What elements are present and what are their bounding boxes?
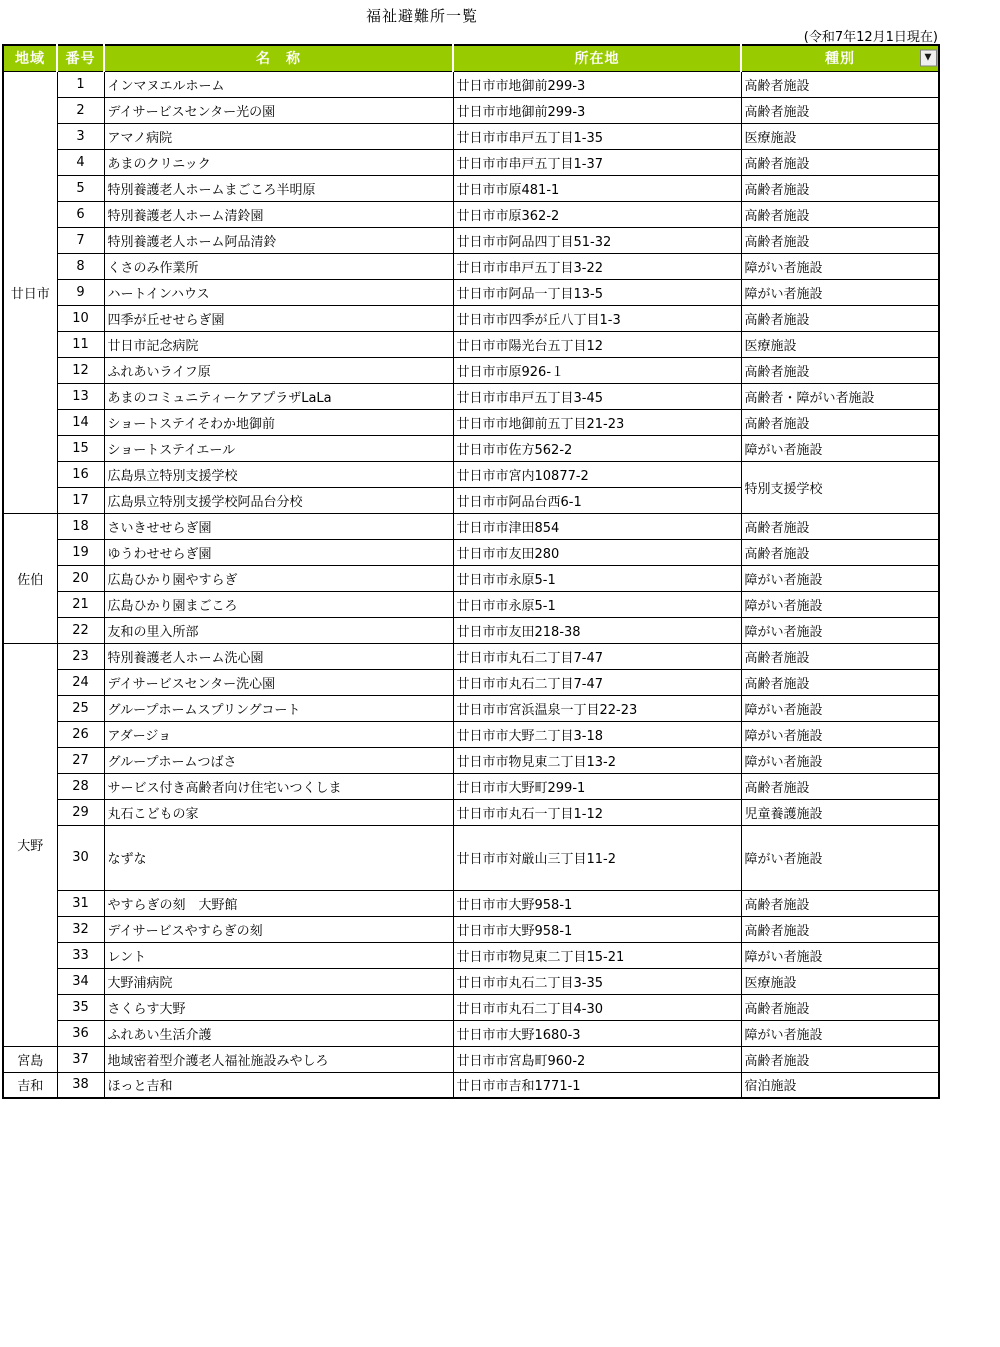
type-cell[interactable]: 高齢者施設	[741, 1046, 939, 1072]
number-cell[interactable]: 25	[57, 695, 104, 721]
type-cell[interactable]: 医療施設	[741, 968, 939, 994]
table-row: 大野23特別養護老人ホーム洗心園廿日市市丸石二丁目7-47高齢者施設	[3, 643, 939, 669]
address-cell[interactable]: 廿日市市丸石二丁目4-30	[453, 994, 741, 1020]
address-cell[interactable]: 廿日市市原481-1	[453, 175, 741, 201]
number-cell[interactable]: 23	[57, 643, 104, 669]
type-cell[interactable]: 障がい者施設	[741, 253, 939, 279]
number-cell[interactable]: 4	[57, 149, 104, 175]
table-row: 10四季が丘せせらぎ園廿日市市四季が丘八丁目1-3高齢者施設	[3, 305, 939, 331]
address-cell[interactable]: 廿日市市物見東二丁目15-21	[453, 942, 741, 968]
number-cell[interactable]: 38	[57, 1072, 104, 1098]
table-row: 35さくらす大野廿日市市丸石二丁目4-30高齢者施設	[3, 994, 939, 1020]
name-cell[interactable]: 特別養護老人ホーム阿品清鈴	[104, 227, 453, 253]
table-row: 29丸石こどもの家廿日市市丸石一丁目1-12児童養護施設	[3, 799, 939, 825]
table-row: 33レント廿日市市物見東二丁目15-21障がい者施設	[3, 942, 939, 968]
number-cell[interactable]: 13	[57, 383, 104, 409]
type-cell[interactable]: 障がい者施設	[741, 695, 939, 721]
type-cell[interactable]: 医療施設	[741, 331, 939, 357]
number-cell[interactable]: 11	[57, 331, 104, 357]
table-row: 22友和の里入所部廿日市市友田218-38障がい者施設	[3, 617, 939, 643]
name-cell[interactable]: アダージョ	[104, 721, 453, 747]
name-cell[interactable]: 特別養護老人ホーム清鈴園	[104, 201, 453, 227]
name-cell[interactable]: 丸石こどもの家	[104, 799, 453, 825]
address-cell[interactable]: 廿日市市丸石二丁目7-47	[453, 643, 741, 669]
number-cell[interactable]: 22	[57, 617, 104, 643]
type-cell[interactable]: 高齢者施設	[741, 994, 939, 1020]
name-cell[interactable]: あまのクリニック	[104, 149, 453, 175]
table-row: 21広島ひかり園まごころ廿日市市永原5-1障がい者施設	[3, 591, 939, 617]
number-cell[interactable]: 12	[57, 357, 104, 383]
region-cell[interactable]: 大野	[3, 643, 57, 1046]
type-cell-merged[interactable]: 特別支援学校	[741, 461, 939, 513]
type-cell[interactable]: 障がい者施設	[741, 721, 939, 747]
col-header-name-label: 名 称	[256, 51, 301, 67]
number-cell[interactable]: 9	[57, 279, 104, 305]
type-cell[interactable]: 障がい者施設	[741, 591, 939, 617]
address-cell[interactable]: 廿日市市阿品一丁目13-5	[453, 279, 741, 305]
name-cell[interactable]: やすらぎの刻 大野館	[104, 890, 453, 916]
address-cell[interactable]: 廿日市市阿品台西6-1	[453, 487, 741, 513]
name-cell[interactable]: なずな	[104, 825, 453, 890]
address-cell[interactable]: 廿日市市原926-１	[453, 357, 741, 383]
address-cell[interactable]: 廿日市市宮浜温泉一丁目22-23	[453, 695, 741, 721]
number-cell[interactable]: 31	[57, 890, 104, 916]
number-cell[interactable]: 17	[57, 487, 104, 513]
address-cell[interactable]: 廿日市市対厳山三丁目11-2	[453, 825, 741, 890]
type-cell[interactable]: 宿泊施設	[741, 1072, 939, 1098]
col-header-type-label: 種別	[825, 51, 855, 67]
address-cell[interactable]: 廿日市市友田218-38	[453, 617, 741, 643]
number-cell[interactable]: 36	[57, 1020, 104, 1046]
address-cell[interactable]: 廿日市市阿品四丁目51-32	[453, 227, 741, 253]
number-cell[interactable]: 27	[57, 747, 104, 773]
address-cell[interactable]: 廿日市市地御前299-3	[453, 71, 741, 97]
table-row: 26アダージョ廿日市市大野二丁目3-18障がい者施設	[3, 721, 939, 747]
table-row: 佐伯18さいきせせらぎ園廿日市市津田854高齢者施設	[3, 513, 939, 539]
number-cell[interactable]: 19	[57, 539, 104, 565]
type-cell[interactable]: 障がい者施設	[741, 279, 939, 305]
region-cell[interactable]: 宮島	[3, 1046, 57, 1072]
number-cell[interactable]: 35	[57, 994, 104, 1020]
name-cell[interactable]: 広島県立特別支援学校	[104, 461, 453, 487]
page-title: 福祉避難所一覧	[2, 5, 842, 26]
type-cell[interactable]: 高齢者施設	[741, 201, 939, 227]
type-cell[interactable]: 高齢者施設	[741, 916, 939, 942]
table-row: 2デイサービスセンター光の園廿日市市地御前299-3高齢者施設	[3, 97, 939, 123]
col-header-region[interactable]: 地域	[3, 45, 57, 71]
name-cell[interactable]: 四季が丘せせらぎ園	[104, 305, 453, 331]
address-cell[interactable]: 廿日市市地御前五丁目21-23	[453, 409, 741, 435]
name-cell[interactable]: 地域密着型介護老人福祉施設みやしろ	[104, 1046, 453, 1072]
table-row: 20広島ひかり園やすらぎ廿日市市永原5-1障がい者施設	[3, 565, 939, 591]
name-cell[interactable]: グループホームスプリングコート	[104, 695, 453, 721]
table-row: 3アマノ病院廿日市市串戸五丁目1-35医療施設	[3, 123, 939, 149]
number-cell[interactable]: 1	[57, 71, 104, 97]
name-cell[interactable]: デイサービスセンター光の園	[104, 97, 453, 123]
table-row: 31やすらぎの刻 大野館廿日市市大野958-1高齢者施設	[3, 890, 939, 916]
type-cell[interactable]: 高齢者施設	[741, 71, 939, 97]
address-cell[interactable]: 廿日市市友田280	[453, 539, 741, 565]
table-row: 27グループホームつばさ廿日市市物見東二丁目13-2障がい者施設	[3, 747, 939, 773]
address-cell[interactable]: 廿日市市地御前299-3	[453, 97, 741, 123]
address-cell[interactable]: 廿日市市物見東二丁目13-2	[453, 747, 741, 773]
type-cell[interactable]: 高齢者施設	[741, 357, 939, 383]
number-cell[interactable]: 14	[57, 409, 104, 435]
name-cell[interactable]: 広島県立特別支援学校阿品台分校	[104, 487, 453, 513]
table-row: 19ゆうわせせらぎ園廿日市市友田280高齢者施設	[3, 539, 939, 565]
table-row: 吉和38ほっと吉和廿日市市吉和1771-1宿泊施設	[3, 1072, 939, 1098]
name-cell[interactable]: さくらす大野	[104, 994, 453, 1020]
number-cell[interactable]: 2	[57, 97, 104, 123]
region-cell[interactable]: 佐伯	[3, 513, 57, 643]
table-row: 宮島37地域密着型介護老人福祉施設みやしろ廿日市市宮島町960-2高齢者施設	[3, 1046, 939, 1072]
type-cell[interactable]: 障がい者施設	[741, 1020, 939, 1046]
name-cell[interactable]: くさのみ作業所	[104, 253, 453, 279]
table-row: 15ショートステイエール廿日市市佐方562-2障がい者施設	[3, 435, 939, 461]
number-cell[interactable]: 21	[57, 591, 104, 617]
number-cell[interactable]: 5	[57, 175, 104, 201]
type-cell[interactable]: 障がい者施設	[741, 617, 939, 643]
col-header-address-label: 所在地	[575, 51, 620, 67]
number-cell[interactable]: 28	[57, 773, 104, 799]
name-cell[interactable]: さいきせせらぎ園	[104, 513, 453, 539]
table-body: 廿日市1インマヌエルホーム廿日市市地御前299-3高齢者施設2デイサービスセンタ…	[3, 71, 939, 1098]
address-cell[interactable]: 廿日市市丸石二丁目3-35	[453, 968, 741, 994]
table-row: 16広島県立特別支援学校廿日市市宮内10877-2特別支援学校	[3, 461, 939, 487]
number-cell[interactable]: 30	[57, 825, 104, 890]
table-row: 25グループホームスプリングコート廿日市市宮浜温泉一丁目22-23障がい者施設	[3, 695, 939, 721]
type-cell[interactable]: 高齢者施設	[741, 227, 939, 253]
address-cell[interactable]: 廿日市市串戸五丁目3-22	[453, 253, 741, 279]
type-cell[interactable]: 高齢者施設	[741, 149, 939, 175]
region-cell[interactable]: 廿日市	[3, 71, 57, 513]
name-cell[interactable]: あまのコミュニティーケアプラザLaLa	[104, 383, 453, 409]
number-cell[interactable]: 20	[57, 565, 104, 591]
address-cell[interactable]: 廿日市市大野958-1	[453, 890, 741, 916]
table-row: 8くさのみ作業所廿日市市串戸五丁目3-22障がい者施設	[3, 253, 939, 279]
name-cell[interactable]: サービス付き高齢者向け住宅いつくしま	[104, 773, 453, 799]
col-header-address[interactable]: 所在地	[453, 45, 741, 71]
table-row: 14ショートステイそわか地御前廿日市市地御前五丁目21-23高齢者施設	[3, 409, 939, 435]
number-cell[interactable]: 6	[57, 201, 104, 227]
table-row: 36ふれあい生活介護廿日市市大野1680-3障がい者施設	[3, 1020, 939, 1046]
type-cell[interactable]: 障がい者施設	[741, 825, 939, 890]
header-row: 地域 番号 名 称 所在地 種別 ▼	[3, 45, 939, 71]
col-header-number[interactable]: 番号	[57, 45, 104, 71]
number-cell[interactable]: 26	[57, 721, 104, 747]
number-cell[interactable]: 33	[57, 942, 104, 968]
number-cell[interactable]: 10	[57, 305, 104, 331]
table-row: 7特別養護老人ホーム阿品清鈴廿日市市阿品四丁目51-32高齢者施設	[3, 227, 939, 253]
table-row: 11廿日市記念病院廿日市市陽光台五丁目12医療施設	[3, 331, 939, 357]
type-cell[interactable]: 障がい者施設	[741, 747, 939, 773]
type-cell[interactable]: 高齢者施設	[741, 669, 939, 695]
name-cell[interactable]: ふれあいライフ原	[104, 357, 453, 383]
name-cell[interactable]: レント	[104, 942, 453, 968]
type-cell[interactable]: 高齢者施設	[741, 539, 939, 565]
col-header-region-label: 地域	[15, 51, 45, 67]
date-note: (令和7年12月1日現在)	[2, 26, 938, 43]
name-cell[interactable]: ハートインハウス	[104, 279, 453, 305]
col-header-name[interactable]: 名 称	[104, 45, 453, 71]
name-cell[interactable]: インマヌエルホーム	[104, 71, 453, 97]
col-header-number-label: 番号	[66, 51, 96, 67]
type-cell[interactable]: 高齢者施設	[741, 97, 939, 123]
name-cell[interactable]: アマノ病院	[104, 123, 453, 149]
number-cell[interactable]: 24	[57, 669, 104, 695]
type-cell[interactable]: 高齢者施設	[741, 643, 939, 669]
number-cell[interactable]: 32	[57, 916, 104, 942]
table-row: 9ハートインハウス廿日市市阿品一丁目13-5障がい者施設	[3, 279, 939, 305]
type-cell[interactable]: 高齢者施設	[741, 890, 939, 916]
name-cell[interactable]: ショートステイそわか地御前	[104, 409, 453, 435]
name-cell[interactable]: 廿日市記念病院	[104, 331, 453, 357]
number-cell[interactable]: 16	[57, 461, 104, 487]
table-row: 34大野浦病院廿日市市丸石二丁目3-35医療施設	[3, 968, 939, 994]
filter-dropdown-button[interactable]: ▼	[920, 50, 937, 67]
type-cell[interactable]: 高齢者施設	[741, 305, 939, 331]
spreadsheet-page: 福祉避難所一覧 (令和7年12月1日現在) 地域 番号 名 称 所在地	[0, 0, 1000, 1099]
address-cell[interactable]: 廿日市市四季が丘八丁目1-3	[453, 305, 741, 331]
shelter-table: 地域 番号 名 称 所在地 種別 ▼ 廿日市1インマヌエルホーム廿日市市地御前2…	[2, 44, 940, 1099]
table-row: 4あまのクリニック廿日市市串戸五丁目1-37高齢者施設	[3, 149, 939, 175]
address-cell[interactable]: 廿日市市大野1680-3	[453, 1020, 741, 1046]
name-cell[interactable]: 特別養護老人ホーム洗心園	[104, 643, 453, 669]
table-row: 6特別養護老人ホーム清鈴園廿日市市原362-2高齢者施設	[3, 201, 939, 227]
type-cell[interactable]: 医療施設	[741, 123, 939, 149]
address-cell[interactable]: 廿日市市大野958-1	[453, 916, 741, 942]
address-cell[interactable]: 廿日市市大野町299-1	[453, 773, 741, 799]
type-cell[interactable]: 児童養護施設	[741, 799, 939, 825]
name-cell[interactable]: 友和の里入所部	[104, 617, 453, 643]
name-cell[interactable]: 広島ひかり園やすらぎ	[104, 565, 453, 591]
address-cell[interactable]: 廿日市市佐方562-2	[453, 435, 741, 461]
number-cell[interactable]: 15	[57, 435, 104, 461]
address-cell[interactable]: 廿日市市永原5-1	[453, 565, 741, 591]
address-cell[interactable]: 廿日市市宮島町960-2	[453, 1046, 741, 1072]
name-cell[interactable]: 広島ひかり園まごころ	[104, 591, 453, 617]
address-cell[interactable]: 廿日市市宮内10877-2	[453, 461, 741, 487]
address-cell[interactable]: 廿日市市串戸五丁目3-45	[453, 383, 741, 409]
number-cell[interactable]: 7	[57, 227, 104, 253]
table-row: 30なずな廿日市市対厳山三丁目11-2障がい者施設	[3, 825, 939, 890]
name-cell[interactable]: ショートステイエール	[104, 435, 453, 461]
table-row: 5特別養護老人ホームまごころ半明原廿日市市原481-1高齢者施設	[3, 175, 939, 201]
name-cell[interactable]: ふれあい生活介護	[104, 1020, 453, 1046]
number-cell[interactable]: 18	[57, 513, 104, 539]
name-cell[interactable]: グループホームつばさ	[104, 747, 453, 773]
type-cell[interactable]: 高齢者施設	[741, 513, 939, 539]
type-cell[interactable]: 障がい者施設	[741, 565, 939, 591]
address-cell[interactable]: 廿日市市原362-2	[453, 201, 741, 227]
type-cell[interactable]: 高齢者施設	[741, 773, 939, 799]
address-cell[interactable]: 廿日市市丸石二丁目7-47	[453, 669, 741, 695]
table-row: 24デイサービスセンター洗心園廿日市市丸石二丁目7-47高齢者施設	[3, 669, 939, 695]
address-cell[interactable]: 廿日市市吉和1771-1	[453, 1072, 741, 1098]
region-cell[interactable]: 吉和	[3, 1072, 57, 1098]
name-cell[interactable]: 大野浦病院	[104, 968, 453, 994]
table-row: 32デイサービスやすらぎの刻廿日市市大野958-1高齢者施設	[3, 916, 939, 942]
table-row: 28サービス付き高齢者向け住宅いつくしま廿日市市大野町299-1高齢者施設	[3, 773, 939, 799]
name-cell[interactable]: 特別養護老人ホームまごころ半明原	[104, 175, 453, 201]
number-cell[interactable]: 3	[57, 123, 104, 149]
number-cell[interactable]: 29	[57, 799, 104, 825]
address-cell[interactable]: 廿日市市大野二丁目3-18	[453, 721, 741, 747]
type-cell[interactable]: 障がい者施設	[741, 435, 939, 461]
address-cell[interactable]: 廿日市市陽光台五丁目12	[453, 331, 741, 357]
number-cell[interactable]: 8	[57, 253, 104, 279]
address-cell[interactable]: 廿日市市永原5-1	[453, 591, 741, 617]
col-header-type[interactable]: 種別 ▼	[741, 45, 939, 71]
number-cell[interactable]: 37	[57, 1046, 104, 1072]
type-cell[interactable]: 障がい者施設	[741, 942, 939, 968]
type-cell[interactable]: 高齢者施設	[741, 175, 939, 201]
name-cell[interactable]: ほっと吉和	[104, 1072, 453, 1098]
type-cell[interactable]: 高齢者施設	[741, 409, 939, 435]
name-cell[interactable]: デイサービスやすらぎの刻	[104, 916, 453, 942]
table-row: 廿日市1インマヌエルホーム廿日市市地御前299-3高齢者施設	[3, 71, 939, 97]
table-row: 12ふれあいライフ原廿日市市原926-１高齢者施設	[3, 357, 939, 383]
address-cell[interactable]: 廿日市市串戸五丁目1-37	[453, 149, 741, 175]
address-cell[interactable]: 廿日市市丸石一丁目1-12	[453, 799, 741, 825]
table-row: 13あまのコミュニティーケアプラザLaLa廿日市市串戸五丁目3-45高齢者・障が…	[3, 383, 939, 409]
address-cell[interactable]: 廿日市市串戸五丁目1-35	[453, 123, 741, 149]
name-cell[interactable]: デイサービスセンター洗心園	[104, 669, 453, 695]
number-cell[interactable]: 34	[57, 968, 104, 994]
address-cell[interactable]: 廿日市市津田854	[453, 513, 741, 539]
type-cell[interactable]: 高齢者・障がい者施設	[741, 383, 939, 409]
name-cell[interactable]: ゆうわせせらぎ園	[104, 539, 453, 565]
